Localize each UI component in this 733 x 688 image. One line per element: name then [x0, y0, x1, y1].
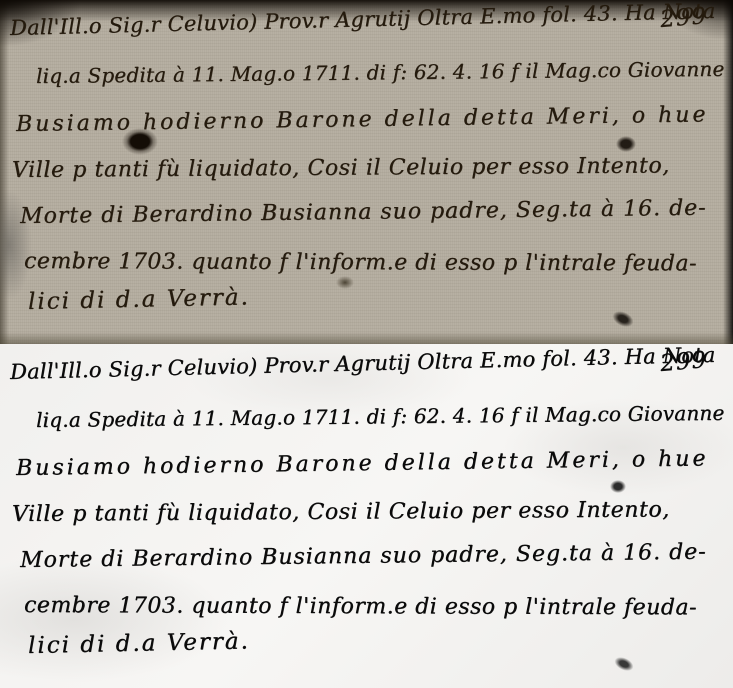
- manuscript-line: cembre 1703. quanto f l'inform.e di esso…: [24, 593, 697, 620]
- manuscript-line: Busiamo hodierno Barone della detta Meri…: [16, 446, 709, 481]
- dark-right-edge: [723, 0, 733, 344]
- manuscript-line: liq.a Spedita à 11. Mag.o 1711. di f: 62…: [36, 401, 725, 432]
- manuscript-line: lici di d.a Verrà.: [28, 628, 250, 659]
- ink-stain: [336, 276, 354, 289]
- manuscript-comparison-page: 299 Dall'Ill.o Sig.r Celuvio) Prov.r Agr…: [0, 0, 733, 688]
- manuscript-line: Ville p tanti fù liquidato, Cosi il Celu…: [12, 153, 670, 183]
- ink-flourish-mark: [610, 308, 636, 330]
- ink-flourish-mark: [612, 654, 635, 673]
- binarized-copy-panel: 299 Dall'Ill.o Sig.r Celuvio) Prov.r Agr…: [0, 344, 733, 688]
- manuscript-line: Morte di Berardino Busianna suo padre, S…: [20, 196, 707, 229]
- original-scan-panel: 299 Dall'Ill.o Sig.r Celuvio) Prov.r Agr…: [0, 0, 733, 344]
- manuscript-line: Ville p tanti fù liquidato, Cosi il Celu…: [12, 497, 670, 527]
- manuscript-line: lici di d.a Verrà.: [28, 284, 250, 315]
- torn-bottom-edge: [0, 332, 733, 344]
- ink-blot: [610, 480, 626, 493]
- ink-blot: [616, 136, 636, 152]
- manuscript-line: Dall'Ill.o Sig.r Celuvio) Prov.r Agrutij…: [10, 344, 716, 384]
- manuscript-line: cembre 1703. quanto f l'inform.e di esso…: [24, 249, 697, 276]
- manuscript-line: liq.a Spedita à 11. Mag.o 1711. di f: 62…: [36, 57, 725, 88]
- manuscript-line: Busiamo hodierno Barone della detta Meri…: [16, 102, 709, 137]
- manuscript-line: Morte di Berardino Busianna suo padre, S…: [20, 540, 707, 573]
